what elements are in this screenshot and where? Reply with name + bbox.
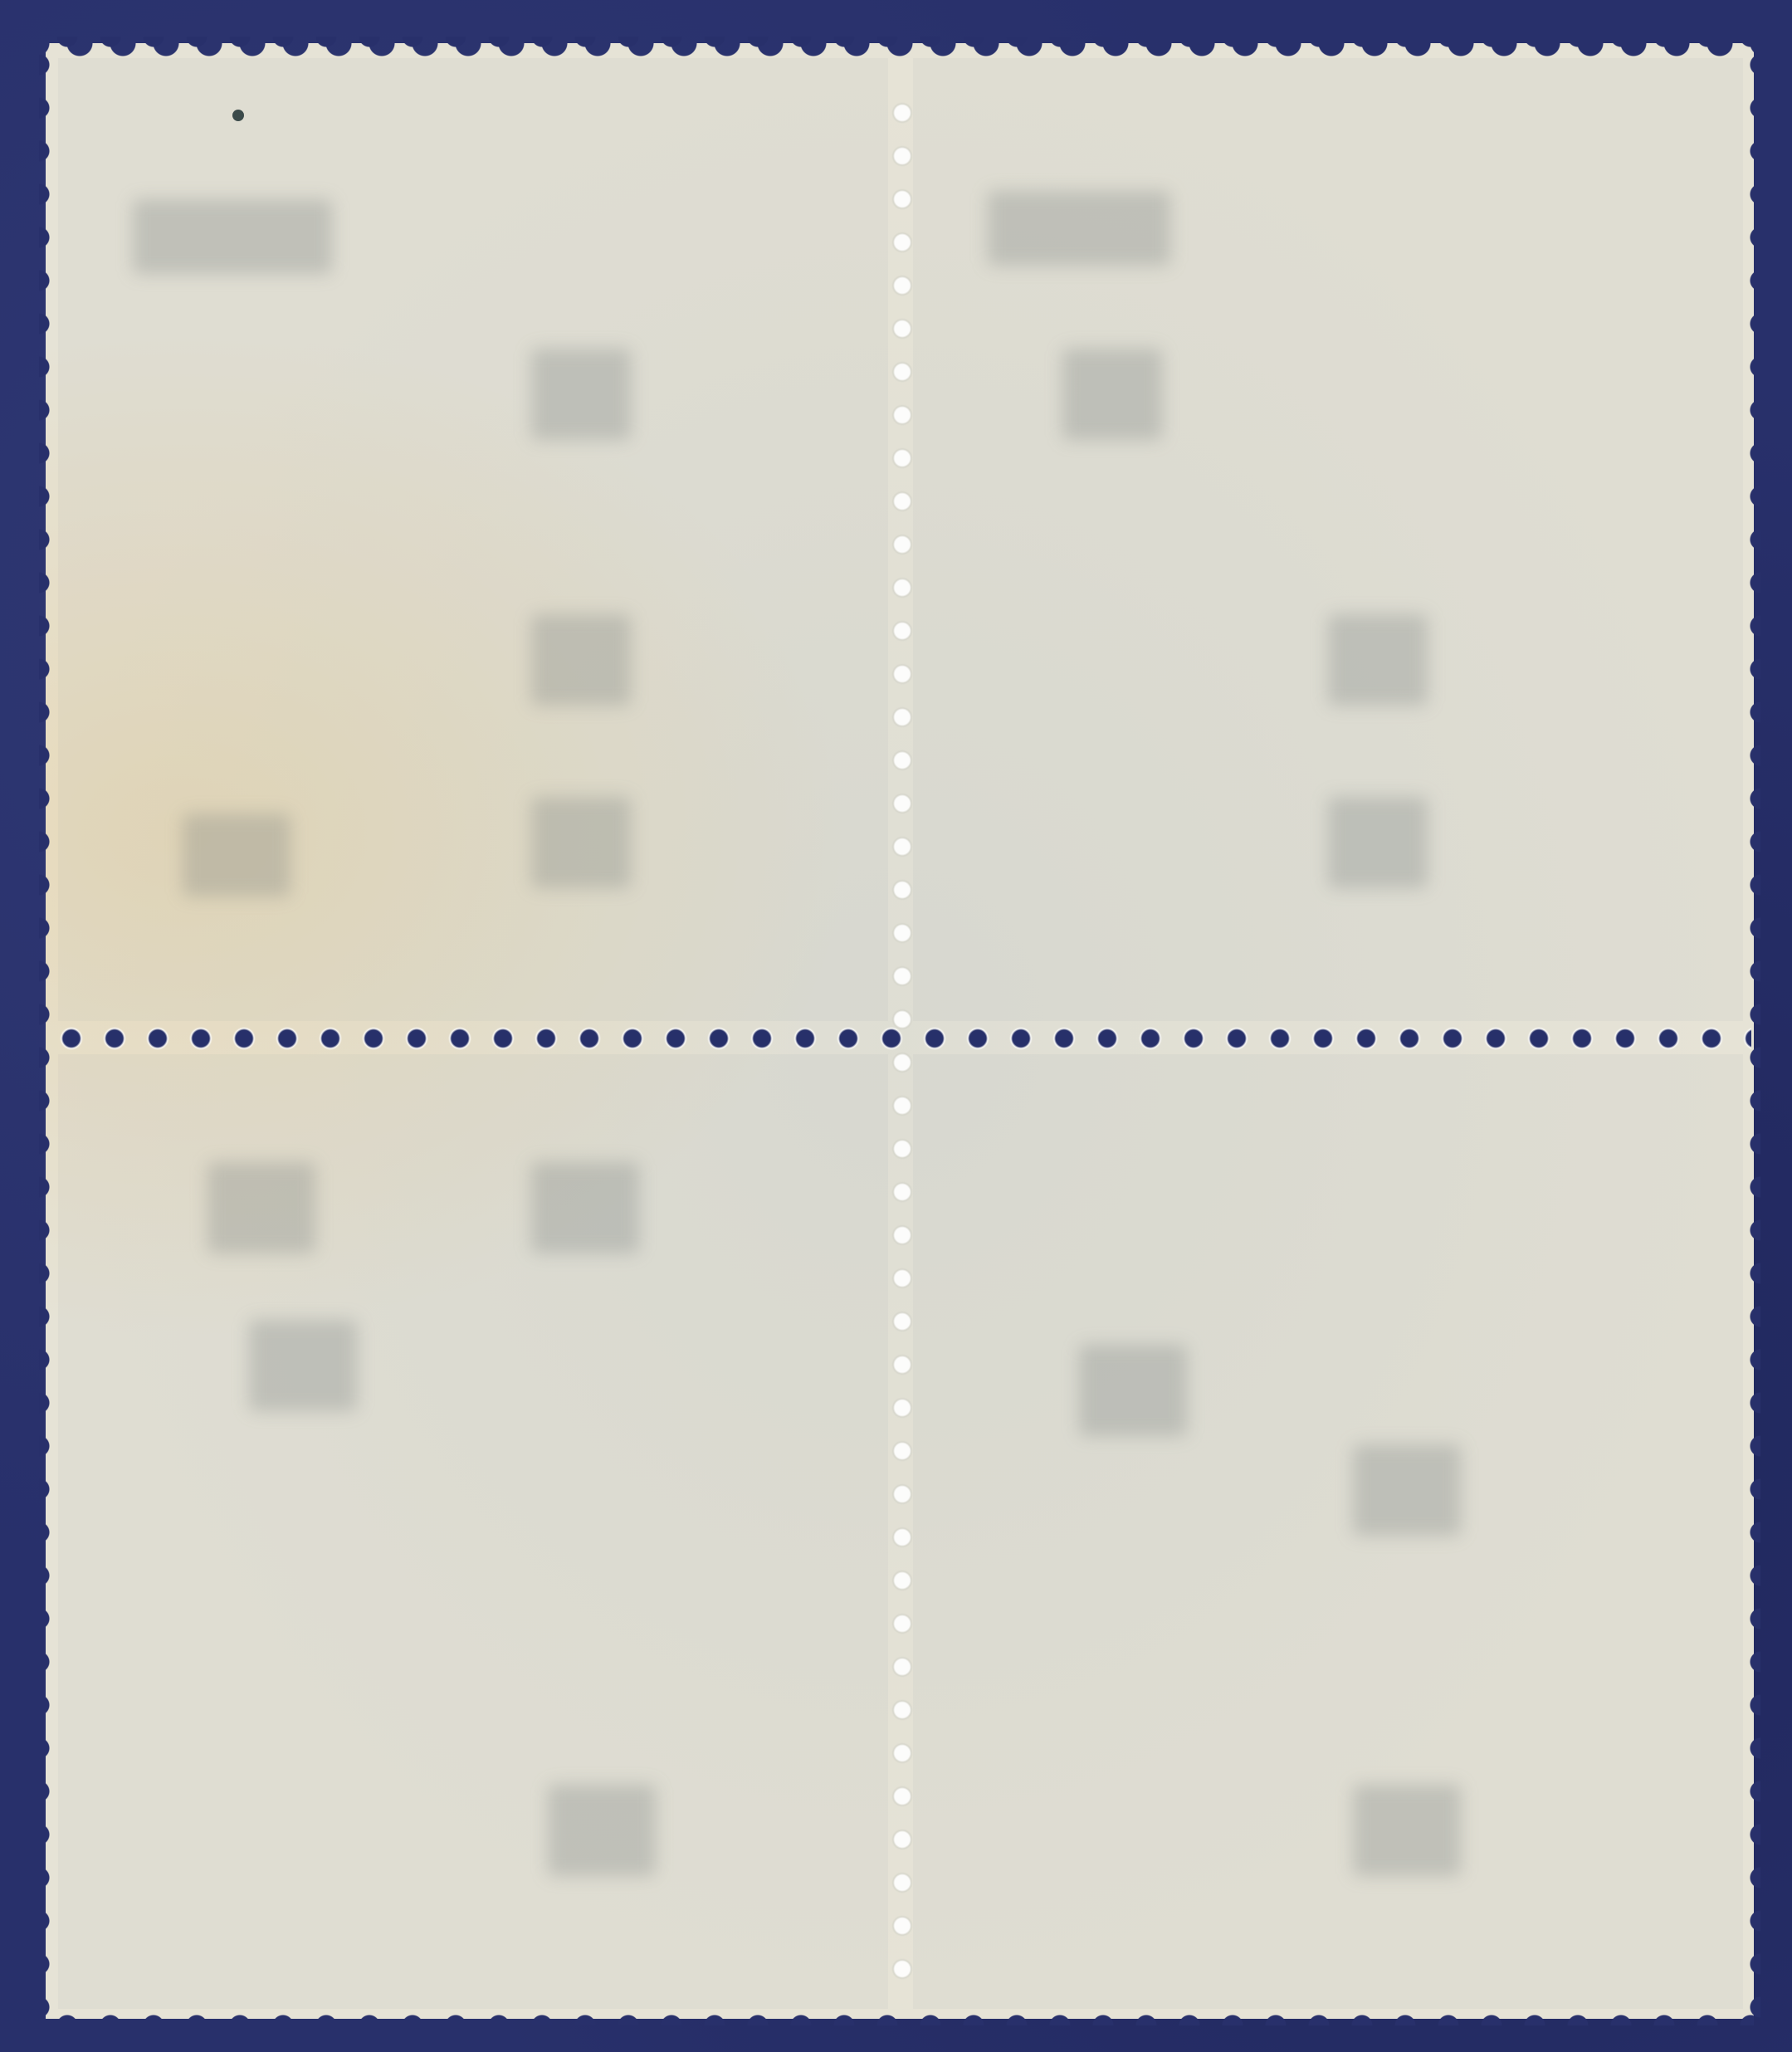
ink-spot xyxy=(232,110,244,121)
stamp-bottom-right xyxy=(913,1054,1743,2009)
ink-showthrough xyxy=(1328,614,1428,706)
ink-showthrough xyxy=(1079,1345,1187,1436)
ink-showthrough xyxy=(548,1785,656,1876)
top-perforated-edge xyxy=(46,37,1754,56)
ink-showthrough xyxy=(988,191,1170,266)
ink-showthrough xyxy=(133,199,332,274)
ink-showthrough xyxy=(531,614,631,706)
vertical-perforation-column xyxy=(890,91,915,2001)
ink-showthrough xyxy=(1353,1444,1461,1536)
ink-showthrough xyxy=(531,797,631,888)
ink-showthrough xyxy=(249,1320,357,1411)
ink-showthrough xyxy=(208,1162,315,1253)
ink-showthrough xyxy=(183,813,291,897)
ink-showthrough xyxy=(1353,1785,1461,1876)
ink-showthrough xyxy=(531,349,631,440)
ink-showthrough xyxy=(1328,797,1428,888)
ink-showthrough xyxy=(531,1162,639,1253)
ink-showthrough xyxy=(1062,349,1162,440)
stamp-bottom-left xyxy=(58,1054,888,2009)
